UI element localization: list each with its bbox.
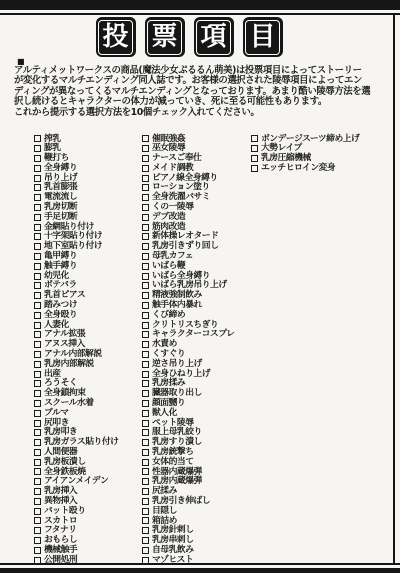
checkbox-item[interactable]: 尻揉み bbox=[142, 487, 234, 497]
item-label: フタナリ bbox=[44, 526, 77, 535]
checkbox-icon[interactable] bbox=[142, 361, 149, 368]
checkbox-icon[interactable] bbox=[34, 233, 41, 240]
item-label: 乳房引きずり回し bbox=[152, 242, 218, 251]
checkbox-item[interactable]: 手足切断 bbox=[34, 212, 118, 222]
checkbox-icon[interactable] bbox=[142, 439, 149, 446]
checkbox-icon[interactable] bbox=[34, 488, 41, 495]
checkbox-item[interactable]: 乳房挿入 bbox=[34, 487, 118, 497]
checkbox-icon[interactable] bbox=[142, 547, 149, 554]
checkbox-icon[interactable] bbox=[34, 439, 41, 446]
checkbox-icon[interactable] bbox=[142, 420, 149, 427]
checkbox-icon[interactable] bbox=[142, 282, 149, 289]
checkbox-icon[interactable] bbox=[34, 351, 41, 358]
scanned-voting-page: 投 票 項 目 ■ アルティメットワークスの商品(魔法少女ぷるるん萌美)は投票項… bbox=[0, 0, 400, 573]
item-label: 女体的当て bbox=[152, 458, 194, 467]
checkbox-item[interactable]: くび締め bbox=[142, 310, 234, 320]
item-label: 精液強制飲み bbox=[152, 291, 202, 300]
checkbox-icon[interactable] bbox=[142, 292, 149, 299]
checkbox-icon[interactable] bbox=[34, 429, 41, 436]
checkbox-icon[interactable] bbox=[142, 351, 149, 358]
item-label: 電流流し bbox=[44, 193, 77, 202]
checkbox-icon[interactable] bbox=[34, 410, 41, 417]
checkbox-icon[interactable] bbox=[142, 537, 149, 544]
item-label: 乳房内蔵爆弾 bbox=[152, 477, 202, 486]
item-label: 臓器取り出し bbox=[152, 389, 202, 398]
checkbox-item[interactable]: ブルマ bbox=[34, 408, 118, 418]
checkbox-item[interactable]: 乳房銃撃ち bbox=[142, 448, 234, 458]
checkbox-icon[interactable] bbox=[34, 224, 41, 231]
checkbox-icon[interactable] bbox=[142, 233, 149, 240]
item-label: 異物挿入 bbox=[44, 497, 77, 506]
item-label: アナル内部解説 bbox=[44, 350, 102, 359]
checkbox-item[interactable]: 触手体内暴れ bbox=[142, 301, 234, 311]
checkbox-item[interactable]: 女体的当て bbox=[142, 457, 234, 467]
checkbox-icon[interactable] bbox=[34, 380, 41, 387]
item-label: 乳房叩き bbox=[44, 428, 77, 437]
item-label: マゾヒスト bbox=[152, 556, 193, 565]
item-label: 機械触手 bbox=[44, 546, 77, 555]
item-label: 手足切断 bbox=[44, 213, 77, 222]
checkbox-icon[interactable] bbox=[34, 184, 41, 191]
checkbox-icon[interactable] bbox=[251, 135, 258, 142]
item-label: 膨乳 bbox=[44, 144, 61, 153]
checkbox-item[interactable]: 機械触手 bbox=[34, 545, 118, 555]
checkbox-icon[interactable] bbox=[34, 449, 41, 456]
intro-text: アルティメットワークスの商品(魔法少女ぷるるん萌美)は投票項目によってストーリー… bbox=[14, 66, 394, 118]
checkbox-icon[interactable] bbox=[34, 361, 41, 368]
item-label: デブ改造 bbox=[152, 213, 185, 222]
item-label: 全身縛り bbox=[44, 164, 77, 173]
checkbox-icon[interactable] bbox=[142, 390, 149, 397]
checkbox-icon[interactable] bbox=[142, 429, 149, 436]
checkbox-item[interactable]: 獣人化 bbox=[142, 408, 234, 418]
checkbox-icon[interactable] bbox=[142, 341, 149, 348]
item-label: 人間便器 bbox=[44, 448, 77, 457]
item-label: 尻揉み bbox=[152, 487, 177, 496]
checkbox-icon[interactable] bbox=[142, 273, 149, 280]
item-label: くび締め bbox=[152, 311, 185, 320]
checkbox-icon[interactable] bbox=[142, 508, 149, 515]
checkbox-icon[interactable] bbox=[34, 273, 41, 280]
item-label: 母乳カフェ bbox=[152, 252, 193, 261]
item-label: 乳首膨張 bbox=[44, 183, 77, 192]
item-label: 踏みつけ bbox=[44, 301, 77, 310]
item-label: アヌス挿入 bbox=[44, 340, 85, 349]
item-label: メイド調教 bbox=[152, 164, 193, 173]
checkbox-icon[interactable] bbox=[34, 420, 41, 427]
item-label: アナル拡張 bbox=[44, 330, 85, 339]
checkbox-icon[interactable] bbox=[34, 371, 41, 378]
checkbox-item[interactable]: いばら鞭 bbox=[142, 261, 234, 271]
checkbox-icon[interactable] bbox=[34, 214, 41, 221]
item-label: 全身洗濯バサミ bbox=[152, 193, 210, 202]
item-label: おもらし bbox=[44, 536, 77, 545]
checkbox-icon[interactable] bbox=[142, 449, 149, 456]
checkbox-item[interactable]: 触手縛り bbox=[34, 261, 118, 271]
checkbox-icon[interactable] bbox=[34, 135, 41, 142]
checkbox-item[interactable]: 自母乳飲み bbox=[142, 545, 234, 555]
item-label: 乳房切断 bbox=[44, 203, 77, 212]
checkbox-icon[interactable] bbox=[142, 322, 149, 329]
checkbox-icon[interactable] bbox=[142, 184, 149, 191]
item-label: 乳房ガラス貼り付け bbox=[44, 438, 118, 447]
item-label: 乳首ピアス bbox=[44, 291, 85, 300]
checkbox-icon[interactable] bbox=[251, 165, 258, 172]
item-label: 獣人化 bbox=[152, 409, 177, 418]
item-label: 顔面嬲り bbox=[152, 399, 185, 408]
checkbox-icon[interactable] bbox=[251, 145, 258, 152]
checkbox-item[interactable]: エッチヒロイン変身 bbox=[251, 163, 359, 173]
checkbox-icon[interactable] bbox=[34, 459, 41, 466]
item-label: 乳房引き伸ばし bbox=[152, 497, 210, 506]
checkbox-item[interactable]: バット殴り bbox=[34, 506, 118, 516]
item-label: いばら鞭 bbox=[152, 262, 185, 271]
checkbox-icon[interactable] bbox=[34, 527, 41, 534]
checkbox-icon[interactable] bbox=[34, 155, 41, 162]
item-label: 触手縛り bbox=[44, 262, 77, 271]
item-label: 乳房内部解説 bbox=[44, 360, 94, 369]
item-label: 鞭打ち bbox=[44, 154, 69, 163]
checkbox-icon[interactable] bbox=[142, 459, 149, 466]
checkbox-icon[interactable] bbox=[34, 468, 41, 475]
checkbox-item[interactable]: メイド調教 bbox=[142, 163, 234, 173]
checkbox-icon[interactable] bbox=[34, 498, 41, 505]
item-label: ブルマ bbox=[44, 409, 69, 418]
item-label: 全身殴り bbox=[44, 311, 77, 320]
checkbox-item[interactable]: 乳房串刺し bbox=[142, 536, 234, 546]
checkbox-icon[interactable] bbox=[142, 302, 149, 309]
checkbox-item[interactable]: 踏みつけ bbox=[34, 301, 118, 311]
checkbox-icon[interactable] bbox=[34, 547, 41, 554]
item-label: 亀甲縛り bbox=[44, 252, 77, 261]
checkbox-icon[interactable] bbox=[142, 557, 149, 564]
checkbox-icon[interactable] bbox=[34, 390, 41, 397]
checkbox-icon[interactable] bbox=[34, 243, 41, 250]
item-label: 搾乳 bbox=[44, 135, 61, 144]
title-char-box: 投 bbox=[96, 17, 136, 57]
checkbox-icon[interactable] bbox=[142, 243, 149, 250]
item-label: 乳房板潰し bbox=[44, 458, 86, 467]
checkbox-item[interactable]: 乳房圧縮機械 bbox=[251, 154, 359, 164]
checkbox-icon[interactable] bbox=[34, 508, 41, 515]
item-label: 地下室貼り付け bbox=[44, 242, 102, 251]
checkbox-icon[interactable] bbox=[34, 204, 41, 211]
item-label: 自母乳飲み bbox=[152, 546, 194, 555]
checkbox-column-1: 搾乳膨乳鞭打ち全身縛り吊り上げ乳首膨張電流流し乳房切断手足切断金網貼り付け十字架… bbox=[34, 134, 118, 565]
checkbox-icon[interactable] bbox=[34, 292, 41, 299]
checkbox-icon[interactable] bbox=[142, 214, 149, 221]
checkbox-icon[interactable] bbox=[34, 263, 41, 270]
checkbox-column-3: ボンデージスーツ締め上げ大勢レイプ乳房圧縮機械エッチヒロイン変身 bbox=[251, 134, 359, 173]
checkbox-item[interactable]: おもらし bbox=[34, 536, 118, 546]
top-border-line bbox=[0, 13, 400, 15]
item-label: 乳房圧縮機械 bbox=[261, 154, 311, 163]
item-label: 乳房揉み bbox=[152, 379, 185, 388]
checkbox-item[interactable]: 乳房引き伸ばし bbox=[142, 496, 234, 506]
checkbox-item[interactable]: 乳房板潰し bbox=[34, 457, 118, 467]
checkbox-icon[interactable] bbox=[142, 468, 149, 475]
checkbox-icon[interactable] bbox=[34, 145, 41, 152]
checkbox-icon[interactable] bbox=[34, 322, 41, 329]
checkbox-icon[interactable] bbox=[142, 135, 149, 142]
checkbox-icon[interactable] bbox=[251, 155, 258, 162]
item-label: スクール水着 bbox=[44, 399, 94, 408]
item-label: 新体操レオタード bbox=[152, 232, 218, 241]
checkbox-icon[interactable] bbox=[142, 371, 149, 378]
item-label: 乳房銃撃ち bbox=[152, 448, 194, 457]
checkbox-icon[interactable] bbox=[142, 400, 149, 407]
title-char: 票 bbox=[151, 24, 177, 50]
checkbox-item[interactable]: 全身縛り bbox=[34, 163, 118, 173]
checkbox-icon[interactable] bbox=[142, 263, 149, 270]
checkbox-item[interactable]: マゾヒスト bbox=[142, 555, 234, 565]
item-label: 服上母乳絞り bbox=[152, 428, 202, 437]
checkbox-icon[interactable] bbox=[34, 341, 41, 348]
checkbox-icon[interactable] bbox=[34, 331, 41, 338]
item-label: 逆さ吊り上げ bbox=[152, 360, 202, 369]
item-label: 触手体内暴れ bbox=[152, 301, 202, 310]
checkbox-icon[interactable] bbox=[142, 175, 149, 182]
checkbox-item[interactable]: くの一陵辱 bbox=[142, 203, 234, 213]
checkbox-item[interactable]: 全身殴り bbox=[34, 310, 118, 320]
checkbox-icon[interactable] bbox=[142, 410, 149, 417]
checkbox-icon[interactable] bbox=[34, 302, 41, 309]
checkbox-icon[interactable] bbox=[34, 557, 41, 564]
title-char-box: 目 bbox=[243, 17, 283, 57]
item-label: 乳房すり潰し bbox=[152, 438, 202, 447]
checkbox-icon[interactable] bbox=[142, 155, 149, 162]
item-label: キャラクターコスプレ bbox=[152, 330, 234, 339]
checkbox-icon[interactable] bbox=[142, 331, 149, 338]
checkbox-item[interactable]: くすぐり bbox=[142, 350, 234, 360]
page-title: 投 票 項 目 bbox=[0, 17, 400, 57]
intro-line: これから提示する選択方法を10個チェック入れてください。 bbox=[14, 108, 394, 118]
checkbox-icon[interactable] bbox=[34, 517, 41, 524]
checkbox-item[interactable]: ナースご奉仕 bbox=[142, 154, 234, 164]
title-char: 投 bbox=[102, 24, 128, 50]
item-label: 乳房針刺し bbox=[152, 526, 194, 535]
checkbox-item[interactable]: デブ改造 bbox=[142, 212, 234, 222]
item-label: アイアンメイデン bbox=[44, 477, 108, 486]
title-char: 項 bbox=[200, 24, 226, 50]
title-char-box: 票 bbox=[145, 17, 185, 57]
checkbox-item[interactable]: 目隠し bbox=[142, 506, 234, 516]
checkbox-icon[interactable] bbox=[142, 194, 149, 201]
item-label: 水責め bbox=[152, 340, 177, 349]
title-char-box: 項 bbox=[194, 17, 234, 57]
checkbox-item[interactable]: 鞭打ち bbox=[34, 154, 118, 164]
item-label: 全身鎖拘束 bbox=[44, 389, 86, 398]
item-label: ボンデージスーツ締め上げ bbox=[261, 135, 359, 144]
checkbox-item[interactable]: アナル内部解説 bbox=[34, 350, 118, 360]
item-label: 乳房挿入 bbox=[44, 487, 77, 496]
top-border-bar bbox=[0, 0, 400, 10]
checkbox-icon[interactable] bbox=[34, 400, 41, 407]
item-label: ローション塗り bbox=[152, 183, 210, 192]
checkbox-icon[interactable] bbox=[142, 478, 149, 485]
item-label: 目隠し bbox=[152, 507, 177, 516]
item-label: 公開処刑 bbox=[44, 556, 77, 565]
checkbox-item[interactable]: 顔面嬲り bbox=[142, 399, 234, 409]
checkbox-item[interactable]: 公開処刑 bbox=[34, 555, 118, 565]
checkbox-icon[interactable] bbox=[142, 527, 149, 534]
item-label: エッチヒロイン変身 bbox=[261, 164, 335, 173]
bottom-border-bar bbox=[0, 568, 400, 573]
checkbox-item[interactable]: 逆さ吊り上げ bbox=[142, 359, 234, 369]
checkbox-icon[interactable] bbox=[142, 204, 149, 211]
checkbox-icon[interactable] bbox=[142, 224, 149, 231]
item-label: 巫女陵辱 bbox=[152, 144, 185, 153]
checkbox-item[interactable]: 人間便器 bbox=[34, 448, 118, 458]
checkbox-icon[interactable] bbox=[34, 194, 41, 201]
item-label: いばら乳房吊り上げ bbox=[152, 281, 227, 290]
checkbox-column-2: 催眠強姦巫女陵辱ナースご奉仕メイド調教ピアノ線全身縛りローション塗り全身洗濯バサ… bbox=[142, 134, 234, 565]
checkbox-icon[interactable] bbox=[142, 380, 149, 387]
item-label: バット殴り bbox=[44, 507, 86, 516]
item-label: 十字架貼り付け bbox=[44, 232, 102, 241]
checkbox-icon[interactable] bbox=[34, 282, 41, 289]
item-label: 大勢レイプ bbox=[261, 144, 302, 153]
item-label: 催眠強姦 bbox=[152, 135, 185, 144]
checkbox-icon[interactable] bbox=[34, 175, 41, 182]
checkbox-item[interactable]: 異物挿入 bbox=[34, 496, 118, 506]
checkbox-item[interactable]: 母乳カフェ bbox=[142, 252, 234, 262]
checkbox-icon[interactable] bbox=[142, 517, 149, 524]
checkbox-icon[interactable] bbox=[142, 145, 149, 152]
item-label: くすぐり bbox=[152, 350, 185, 359]
checkbox-icon[interactable] bbox=[34, 537, 41, 544]
checkbox-icon[interactable] bbox=[34, 312, 41, 319]
checkbox-item[interactable]: 乳房内部解説 bbox=[34, 359, 118, 369]
checkbox-icon[interactable] bbox=[34, 165, 41, 172]
item-label: ボテバラ bbox=[44, 281, 77, 290]
item-label: くの一陵辱 bbox=[152, 203, 194, 212]
checkbox-icon[interactable] bbox=[34, 253, 41, 260]
checkbox-item[interactable]: 乳房切断 bbox=[34, 203, 118, 213]
checkbox-item[interactable]: 亀甲縛り bbox=[34, 252, 118, 262]
checkbox-icon[interactable] bbox=[142, 498, 149, 505]
checkbox-icon[interactable] bbox=[142, 253, 149, 260]
checkbox-item[interactable]: スクール水着 bbox=[34, 399, 118, 409]
item-label: ナースご奉仕 bbox=[152, 154, 201, 163]
checkbox-icon[interactable] bbox=[34, 478, 41, 485]
item-label: 乳房串刺し bbox=[152, 536, 194, 545]
checkbox-icon[interactable] bbox=[142, 165, 149, 172]
item-label: ろうそく bbox=[44, 379, 77, 388]
checkbox-icon[interactable] bbox=[142, 488, 149, 495]
checkbox-icon[interactable] bbox=[142, 312, 149, 319]
title-char: 目 bbox=[249, 24, 275, 50]
